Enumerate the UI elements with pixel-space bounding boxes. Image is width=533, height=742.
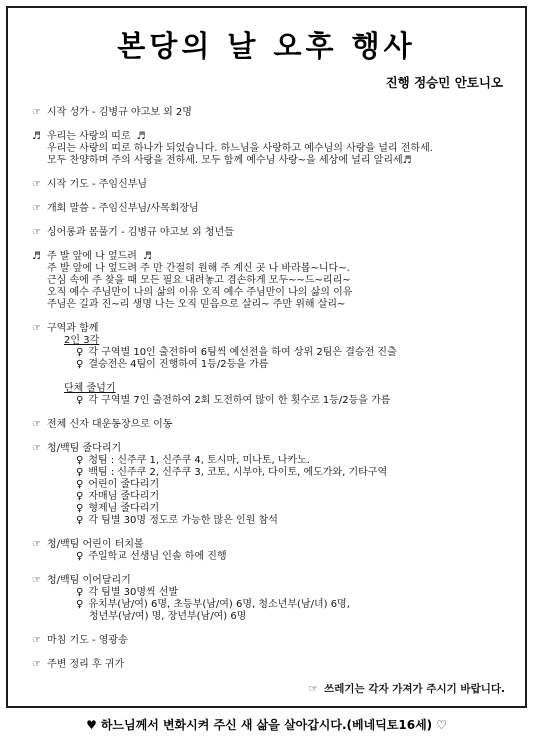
line-text: 시작 성가 - 김병규 야고보 외 2명: [47, 107, 192, 118]
line-arrow: ☞마침 기도 - 영광송: [32, 635, 509, 647]
list-marker-icon: ♀: [76, 551, 83, 562]
list-marker-icon: ♀: [76, 467, 83, 478]
heart-outline-icon: ♡: [436, 718, 447, 732]
line-text: 시작 기도 - 주임신부님: [47, 179, 147, 190]
line-arrow: ☞시작 기도 - 주임신부님: [32, 179, 509, 191]
line-text: 주일학교 선생님 인솔 하에 진행: [88, 551, 226, 562]
line-lyric: 주님은 길과 진~리 생명 나는 오직 믿음으로 살리~ 주만 위해 살리~: [32, 299, 509, 311]
line-arrow: ☞시작 성가 - 김병규 야고보 외 2명: [32, 107, 509, 119]
document-border-frame: 본당의 날 오후 행사 진행 정승민 안토니오 ☞시작 성가 - 김병규 야고보…: [6, 6, 527, 708]
line-arrow: ☞구역과 함께: [32, 323, 509, 335]
pointing-hand-icon: ☞: [32, 575, 41, 586]
line-text: 주님은 길과 진~리 생명 나는 오직 믿음으로 살리~ 주만 위해 살리~: [47, 299, 345, 310]
line-bullet: ♀각 팀별 30명 정도로 가능한 많은 인원 참석: [32, 515, 509, 527]
document-section: ☞쓰레기는 각자 가져가 주시기 바랍니다.: [32, 683, 509, 695]
line-text: 싱어롱과 몸풀기 - 김병규 야고보 외 청년들: [47, 227, 234, 238]
line-text: 근심 속에 주 찾을 때 모든 필요 내려놓고 겸손하게 모두~~드~리리~: [47, 275, 351, 286]
heart-filled-icon: ♥: [86, 718, 97, 732]
footer-quote: ♥하느님께서 변화시켜 주신 새 삶을 살아갑시다.(베네딕토16세)♡: [0, 716, 533, 733]
line-text: 우리는 사랑의 띠로 하나가 되었습니다. 하느님을 사랑하고 예수님의 사랑을…: [47, 143, 433, 154]
line-song: ♬우리는 사랑의 띠로♬: [32, 131, 509, 143]
document-section: ☞구역과 함께2인 3각♀각 구역별 10인 출전하여 6팀씩 예선전을 하여 …: [32, 323, 509, 371]
line-text: 마침 기도 - 영광송: [47, 635, 128, 646]
line-cont: 청년부(남/여) 명, 장년부(남/여) 6명: [32, 611, 509, 623]
document-section: ☞전체 신자 대운동장으로 이동: [32, 419, 509, 431]
document-section: 단체 줄넘기♀각 구역별 7인 출전하여 2회 도전하여 많이 한 횟수로 1등…: [32, 383, 509, 407]
line-text: 청/백팀 이어달리기: [47, 575, 131, 586]
document-section: ♬주 발 앞에 나 엎드려♬주 발 앞에 나 엎드려 주 만 간절히 원해 주 …: [32, 251, 509, 311]
line-text: 청/백팀 어린이 터치볼: [47, 539, 144, 550]
list-marker-icon: ♀: [76, 515, 83, 526]
line-arrow: ☞싱어롱과 몸풀기 - 김병규 야고보 외 청년들: [32, 227, 509, 239]
list-marker-icon: ♀: [76, 503, 83, 514]
pointing-hand-icon: ☞: [32, 323, 41, 334]
event-host-byline: 진행 정승민 안토니오: [8, 73, 525, 91]
list-marker-icon: ♀: [76, 347, 83, 358]
line-text: 결승전은 4팀이 진행하여 1등/2등을 가름: [88, 359, 268, 370]
line-bullet: ♀주일학교 선생님 인솔 하에 진행: [32, 551, 509, 563]
line-text: 단체 줄넘기: [64, 383, 115, 394]
line-text: 형제님 줄다리기: [88, 503, 159, 514]
line-lyric: 오직 예수 주님만이 나의 삶의 이유 오직 예수 주님만이 나의 삶의 이유: [32, 287, 509, 299]
line-lyric: 우리는 사랑의 띠로 하나가 되었습니다. 하느님을 사랑하고 예수님의 사랑을…: [32, 143, 509, 155]
document-section: ☞청/백팀 어린이 터치볼♀주일학교 선생님 인솔 하에 진행: [32, 539, 509, 563]
line-text: 유치부(남/여) 6명, 초등부(남/여) 6명, 청소년부(남/녀) 6명,: [88, 599, 350, 610]
pointing-hand-icon: ☞: [32, 419, 41, 430]
line-lyric: 모두 찬양하며 주의 사랑을 전하세. 모두 함께 예수님 사랑~을 세상에 널…: [32, 155, 509, 167]
line-text: 2인 3각: [64, 335, 99, 346]
document-section: ☞싱어롱과 몸풀기 - 김병규 야고보 외 청년들: [32, 227, 509, 239]
line-bullet: ♀형제님 줄다리기: [32, 503, 509, 515]
document-section: ♬우리는 사랑의 띠로♬우리는 사랑의 띠로 하나가 되었습니다. 하느님을 사…: [32, 131, 509, 167]
list-marker-icon: ♀: [76, 479, 83, 490]
list-marker-icon: ♀: [76, 599, 83, 610]
line-bullet: ♀청팀 : 신주쿠 1, 신주쿠 4, 토시마, 미나토, 나카노.: [32, 455, 509, 467]
line-bullet: ♀결승전은 4팀이 진행하여 1등/2등을 가름: [32, 359, 509, 371]
document-section: ☞주변 정리 후 귀가: [32, 659, 509, 671]
line-text: 주변 정리 후 귀가: [47, 659, 124, 670]
line-text: 쓰레기는 각자 가져가 주시기 바랍니다.: [324, 683, 505, 695]
line-text: 각 구역별 7인 출전하여 2회 도전하여 많이 한 횟수로 1등/2등을 가름: [88, 395, 390, 406]
line-bullet: ♀각 구역별 7인 출전하여 2회 도전하여 많이 한 횟수로 1등/2등을 가…: [32, 395, 509, 407]
line-text: 각 팀별 30명 정도로 가능한 많은 인원 참석: [88, 515, 278, 526]
line-arrow: ☞청/백팀 줄다리기: [32, 443, 509, 455]
line-bullet: ♀각 팀별 30명씩 선발: [32, 587, 509, 599]
list-marker-icon: ♀: [76, 455, 83, 466]
music-note-icon: ♬: [143, 251, 152, 262]
document-section: ☞마침 기도 - 영광송: [32, 635, 509, 647]
document-section: ☞청/백팀 줄다리기♀청팀 : 신주쿠 1, 신주쿠 4, 토시마, 미나토, …: [32, 443, 509, 527]
document-section: ☞시작 기도 - 주임신부님: [32, 179, 509, 191]
line-song: ♬주 발 앞에 나 엎드려♬: [32, 251, 509, 263]
music-note-icon: ♬: [32, 251, 41, 262]
list-marker-icon: ♀: [76, 395, 83, 406]
footer-quote-text: 하느님께서 변화시켜 주신 새 삶을 살아갑시다.(베네딕토16세): [101, 718, 432, 732]
list-marker-icon: ♀: [76, 587, 83, 598]
line-note-right: ☞쓰레기는 각자 가져가 주시기 바랍니다.: [32, 683, 509, 695]
line-arrow: ☞개회 말씀 - 주임신부님/사목회장님: [32, 203, 509, 215]
line-subhead: 단체 줄넘기: [32, 383, 509, 395]
line-text: 자매님 줄다리기: [88, 491, 159, 502]
line-arrow: ☞청/백팀 이어달리기: [32, 575, 509, 587]
line-text: 백팀 : 신주쿠 2, 신주쿠 3, 코토, 시부야, 다이토, 에도가와, 기…: [88, 467, 387, 478]
line-arrow: ☞전체 신자 대운동장으로 이동: [32, 419, 509, 431]
pointing-hand-icon: ☞: [32, 443, 41, 454]
line-text: 청팀 : 신주쿠 1, 신주쿠 4, 토시마, 미나토, 나카노.: [88, 455, 310, 466]
music-note-icon: ♬: [32, 131, 41, 142]
music-note-icon: ♬: [137, 131, 146, 142]
line-bullet: ♀각 구역별 10인 출전하여 6팀씩 예선전을 하여 상위 2팀은 결승전 진…: [32, 347, 509, 359]
line-bullet: ♀백팀 : 신주쿠 2, 신주쿠 3, 코토, 시부야, 다이토, 에도가와, …: [32, 467, 509, 479]
pointing-hand-icon: ☞: [32, 659, 41, 670]
pointing-hand-icon: ☞: [32, 539, 41, 550]
pointing-hand-icon: ☞: [32, 203, 41, 214]
pointing-hand-icon: ☞: [309, 683, 318, 695]
document-section: ☞개회 말씀 - 주임신부님/사목회장님: [32, 203, 509, 215]
line-bullet: ♀자매님 줄다리기: [32, 491, 509, 503]
document-section: ☞청/백팀 이어달리기♀각 팀별 30명씩 선발♀유치부(남/여) 6명, 초등…: [32, 575, 509, 623]
line-text: 청년부(남/여) 명, 장년부(남/여) 6명: [89, 611, 246, 622]
line-text: 구역과 함께: [47, 323, 98, 334]
line-text: 모두 찬양하며 주의 사랑을 전하세. 모두 함께 예수님 사랑~을 세상에 널…: [47, 155, 412, 166]
document-body: ☞시작 성가 - 김병규 야고보 외 2명♬우리는 사랑의 띠로♬우리는 사랑의…: [8, 91, 525, 695]
line-subhead: 2인 3각: [32, 335, 509, 347]
line-text: 주 발 앞에 나 엎드려: [47, 251, 137, 262]
list-marker-icon: ♀: [76, 359, 83, 370]
line-text: 우리는 사랑의 띠로: [47, 131, 131, 142]
line-text: 각 구역별 10인 출전하여 6팀씩 예선전을 하여 상위 2팀은 결승전 진출: [88, 347, 396, 358]
line-text: 개회 말씀 - 주임신부님/사목회장님: [47, 203, 199, 214]
line-arrow: ☞주변 정리 후 귀가: [32, 659, 509, 671]
pointing-hand-icon: ☞: [32, 227, 41, 238]
line-arrow: ☞청/백팀 어린이 터치볼: [32, 539, 509, 551]
line-text: 오직 예수 주님만이 나의 삶의 이유 오직 예수 주님만이 나의 삶의 이유: [47, 287, 352, 298]
line-bullet: ♀어린이 줄다리기: [32, 479, 509, 491]
pointing-hand-icon: ☞: [32, 179, 41, 190]
line-lyric: 주 발 앞에 나 엎드려 주 만 간절히 원해 주 계신 곳 나 바라봅~니다~…: [32, 263, 509, 275]
line-text: 주 발 앞에 나 엎드려 주 만 간절히 원해 주 계신 곳 나 바라봅~니다~…: [47, 263, 350, 274]
line-text: 각 팀별 30명씩 선발: [88, 587, 178, 598]
pointing-hand-icon: ☞: [32, 635, 41, 646]
pointing-hand-icon: ☞: [32, 107, 41, 118]
line-lyric: 근심 속에 주 찾을 때 모든 필요 내려놓고 겸손하게 모두~~드~리리~: [32, 275, 509, 287]
line-text: 청/백팀 줄다리기: [47, 443, 121, 454]
page-title: 본당의 날 오후 행사: [8, 24, 525, 65]
line-text: 어린이 줄다리기: [88, 479, 159, 490]
line-bullet: ♀유치부(남/여) 6명, 초등부(남/여) 6명, 청소년부(남/녀) 6명,: [32, 599, 509, 611]
list-marker-icon: ♀: [76, 491, 83, 502]
document-section: ☞시작 성가 - 김병규 야고보 외 2명: [32, 107, 509, 119]
line-text: 전체 신자 대운동장으로 이동: [47, 419, 172, 430]
